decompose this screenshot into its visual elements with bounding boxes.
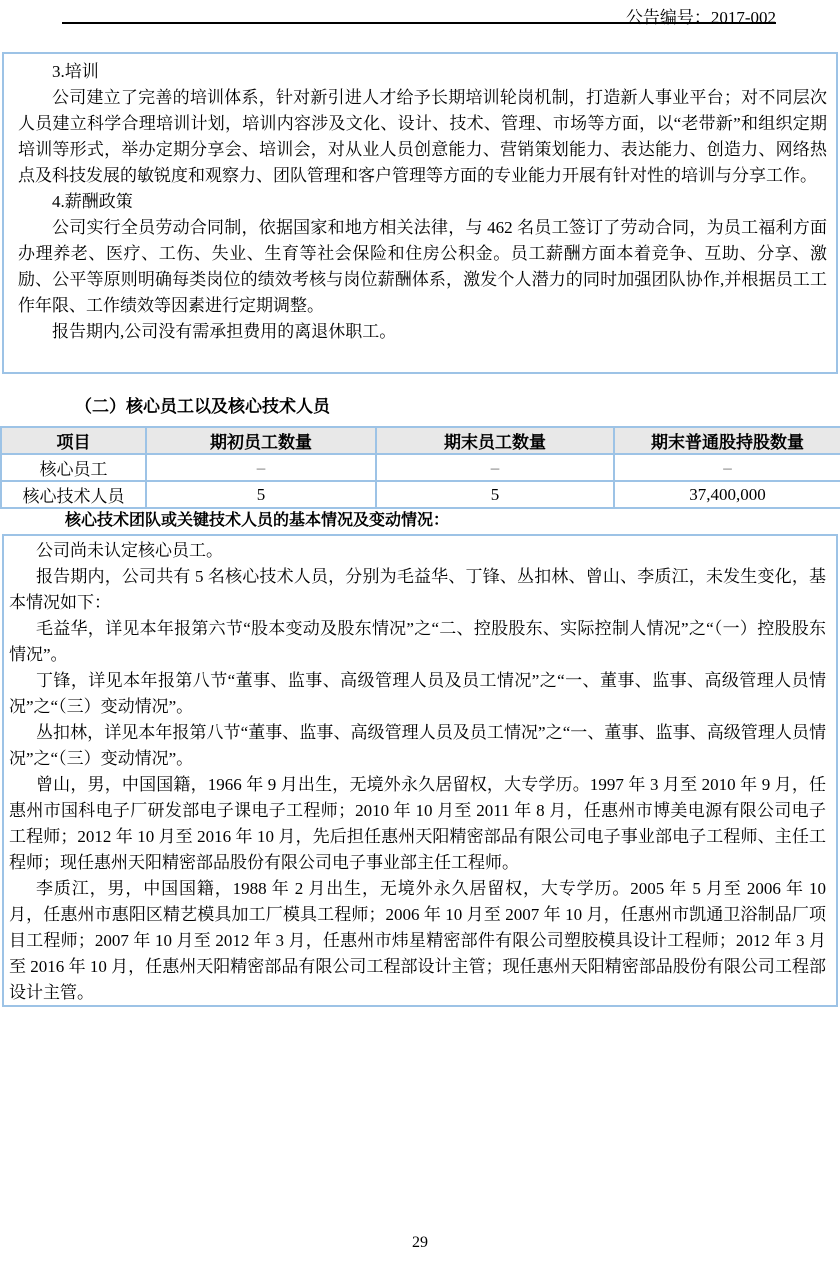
training-and-compensation-textbox: 3.培训 公司建立了完善的培训体系，针对新引进人才给予长期培训轮岗机制，打造新人…	[2, 52, 838, 374]
cell-shares: 37,400,000	[614, 481, 840, 508]
table-row-core-employees: 核心员工 – – –	[1, 454, 840, 481]
paragraph-compensation-title: 4.薪酬政策	[18, 189, 827, 215]
cell-item-label: 核心员工	[1, 454, 146, 481]
paragraph-bio-lizhijiang: 李质江，男，中国国籍，1988 年 2 月出生，无境外永久居留权，大专学历。20…	[9, 876, 826, 1006]
column-header-shares: 期末普通股持股数量	[614, 427, 840, 454]
document-page: 公告编号：2017-002 3.培训 公司建立了完善的培训体系，针对新引进人才给…	[0, 0, 840, 1275]
core-staff-table: 项目 期初员工数量 期末员工数量 期末普通股持股数量 核心员工 – – – 核心…	[0, 426, 840, 509]
section-heading-core-staff: （二）核心员工以及核心技术人员	[75, 397, 330, 417]
page-number: 29	[0, 1234, 840, 1252]
table-header-row: 项目 期初员工数量 期末员工数量 期末普通股持股数量	[1, 427, 840, 454]
column-header-end-count: 期末员工数量	[376, 427, 614, 454]
subheading-core-tech-team: 核心技术团队或关键技术人员的基本情况及变动情况：	[65, 511, 449, 531]
table-row-core-technicians: 核心技术人员 5 5 37,400,000	[1, 481, 840, 508]
cell-end-count: 5	[376, 481, 614, 508]
paragraph-training-body: 公司建立了完善的培训体系，针对新引进人才给予长期培训轮岗机制，打造新人事业平台；…	[18, 85, 827, 189]
column-header-begin-count: 期初员工数量	[146, 427, 376, 454]
header-divider	[62, 22, 776, 24]
cell-begin-count: 5	[146, 481, 376, 508]
cell-end-count: –	[376, 454, 614, 481]
cell-item-label: 核心技术人员	[1, 481, 146, 508]
paragraph-technicians-summary: 报告期内，公司共有 5 名核心技术人员，分别为毛益华、丁锋、丛扣林、曾山、李质江…	[9, 564, 826, 616]
column-header-item: 项目	[1, 427, 146, 454]
paragraph-compensation-body: 公司实行全员劳动合同制，依据国家和地方相关法律，与 462 名员工签订了劳动合同…	[18, 215, 827, 319]
core-technicians-detail-textbox: 公司尚未认定核心员工。 报告期内，公司共有 5 名核心技术人员，分别为毛益华、丁…	[2, 534, 838, 1007]
paragraph-training-title: 3.培训	[18, 59, 827, 85]
paragraph-bio-zengshan: 曾山，男，中国国籍，1966 年 9 月出生，无境外永久居留权，大专学历。199…	[9, 772, 826, 876]
cell-begin-count: –	[146, 454, 376, 481]
paragraph-bio-dingfeng: 丁锋，详见本年报第八节“董事、监事、高级管理人员及员工情况”之“一、董事、监事、…	[9, 668, 826, 720]
paragraph-bio-congkoulin: 丛扣林，详见本年报第八节“董事、监事、高级管理人员及员工情况”之“一、董事、监事…	[9, 720, 826, 772]
cell-shares: –	[614, 454, 840, 481]
announcement-number: 公告编号：2017-002	[626, 3, 776, 28]
paragraph-bio-maoyihua: 毛益华，详见本年报第六节“股本变动及股东情况”之“二、控股股东、实际控制人情况”…	[9, 616, 826, 668]
paragraph-retirees-note: 报告期内,公司没有需承担费用的离退休职工。	[18, 319, 827, 345]
paragraph-no-core-employees: 公司尚未认定核心员工。	[9, 538, 826, 564]
